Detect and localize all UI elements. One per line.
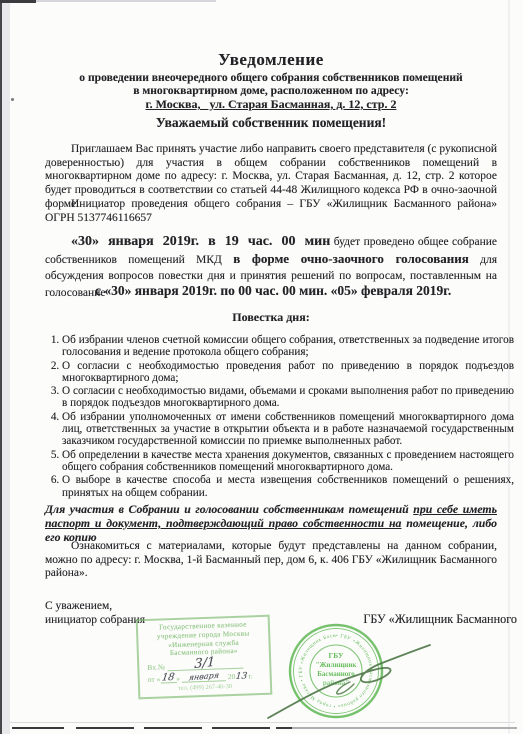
document-title: Уведомление [45, 50, 497, 70]
salutation: Уважаемый собственник помещения! [45, 115, 497, 131]
voting-period-line: с «30» января 2019г. по 00 час. 00 мин. … [45, 283, 523, 299]
agenda-item: Об избрании уполномоченных от имени собс… [62, 411, 514, 448]
scan-bottom-line [212, 727, 270, 729]
scan-bottom-line [276, 727, 292, 729]
stamp-date-prefix: от « [148, 675, 161, 684]
notice-plain: Для участия в Собрании и голосовании соб… [45, 502, 413, 516]
stamp-date-close-quote: » [176, 674, 180, 683]
document-subtitle-2: в многоквартирном доме, расположенном по… [45, 84, 497, 97]
scan-edge-strip [2, 0, 10, 734]
initiator-paragraph: Инициатор проведения общего собрания – Г… [45, 198, 497, 225]
scan-bottom-line [144, 727, 202, 729]
scan-bottom-line [76, 727, 134, 729]
incoming-number-field: 3/1 [167, 658, 243, 672]
agenda-item: О согласии с необходимостью видами, объе… [62, 385, 514, 410]
month-field: января [182, 671, 226, 683]
incoming-registration-stamp: Государственное казенное учреждение горо… [136, 615, 273, 700]
building-address: г. Москва, ул. Старая Басманная, д. 12, … [45, 97, 497, 112]
handwritten-month: января [188, 672, 219, 682]
agenda-list: Об избрании членов счетной комиссии обще… [45, 334, 514, 500]
handwritten-day: 18 [161, 674, 175, 682]
stamp-year-suffix: г. [248, 672, 252, 681]
stamp-year-prefix: 20 [228, 672, 236, 681]
handwritten-year: 13 [235, 673, 247, 681]
scanned-notice-page: Уведомление о проведении внеочередного о… [0, 0, 523, 734]
scan-speck [11, 98, 14, 101]
voting-form-bold: в форме очно-заочного голосования [233, 251, 469, 266]
day-field: 18 [160, 673, 176, 684]
scan-edge-dark [0, 0, 2, 734]
scan-bottom-line-light [292, 727, 517, 729]
agenda-item: О согласии с необходимостью проведения р… [62, 360, 514, 385]
document-subtitle-1: о проведении внеочередного общего собран… [45, 71, 497, 84]
agenda-item: О выборе в качестве способа и места изве… [62, 474, 514, 499]
agenda-title: Повестка дня: [45, 310, 497, 325]
incoming-number-label: Вх.№ [147, 663, 165, 673]
agenda-item: Об определении в качестве места хранения… [62, 449, 514, 474]
participation-notice: Для участия в Собрании и голосовании соб… [45, 503, 497, 544]
meeting-date-bold: «30» января 2019г. в 19 час. 00 мин [71, 234, 330, 249]
scan-top-faint-line [36, 0, 216, 2]
agenda-item: Об избрании членов счетной комиссии обще… [62, 334, 514, 359]
handwritten-signature [262, 632, 437, 727]
scan-bottom-faint-line [10, 722, 515, 723]
materials-paragraph: Ознакомиться с материалами, которые буду… [45, 540, 497, 581]
regards-line-1: С уважением, [45, 600, 497, 612]
scan-top-mark [0, 0, 36, 3]
scan-bottom-line [12, 727, 64, 729]
handwritten-incoming-number: 3/1 [194, 658, 215, 670]
organization-name-right: ГБУ «Жилищник Басманного [363, 612, 517, 627]
